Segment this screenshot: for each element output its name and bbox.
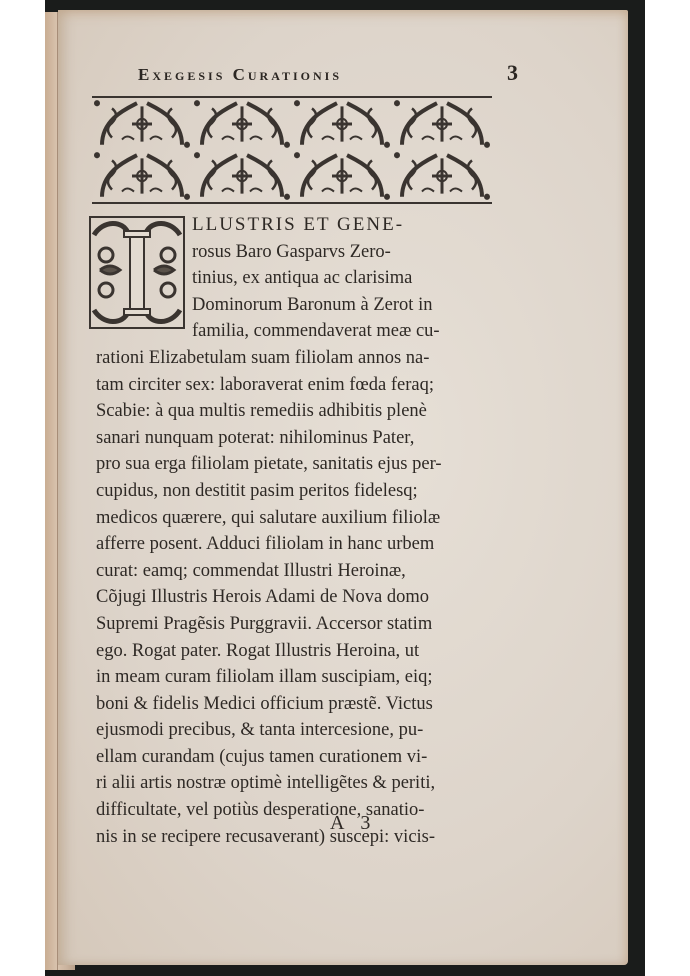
text-line: sanari nunquam poterat: nihilominus Pate… (96, 425, 496, 452)
running-title: Exegesis Curationis (138, 65, 342, 85)
text-line: difficultate, vel potiùs desperatione, s… (96, 797, 496, 824)
text-line: tam circiter sex: laboraverat enim fœda … (96, 372, 496, 399)
text-line: ellam curandam (cujus tamen curationem v… (96, 744, 496, 771)
page-number: 3 (507, 60, 518, 86)
page-header: Exegesis Curationis 3 (138, 60, 518, 90)
text-line: Scabie: à qua multis remediis adhibitis … (96, 398, 496, 425)
text-line: ego. Rogat pater. Rogat Illustris Heroin… (96, 638, 496, 665)
text-line: tinius, ex antiqua ac clarisima (96, 265, 496, 292)
text-line: familia, commendaverat meæ cu- (96, 318, 496, 345)
text-line: afferre posent. Adduci filiolam in hanc … (96, 531, 496, 558)
text-line: boni & fidelis Medici officium præstẽ. V… (96, 691, 496, 718)
headpiece-ornament-icon (92, 96, 492, 204)
text-line: rationi Elizabetulam suam filiolam annos… (96, 345, 496, 372)
text-line: pro sua erga filiolam pietate, sanitatis… (96, 451, 496, 478)
text-line: rosus Baro Gasparvs Zero- (96, 239, 496, 266)
text-line: Dominorum Baronum à Zerot in (96, 292, 496, 319)
text-line: cupidus, non destitit pasim peritos fide… (96, 478, 496, 505)
text-line: nis in se recipere recusaverant) suscepi… (96, 824, 496, 851)
text-line: ri alii artis nostræ optimè intelligẽtes… (96, 770, 496, 797)
text-line: in meam curam filiolam illam suscipiam, … (96, 664, 496, 691)
text-line: medicos quærere, qui salutare auxilium f… (96, 505, 496, 532)
text-line: ejusmodi precibus, & tanta intercesione,… (96, 717, 496, 744)
body-text: LLUSTRIS ET GENE- rosus Baro Gasparvs Ze… (96, 212, 496, 850)
text-line: curat: eamq; commendat Illustri Heroinæ, (96, 558, 496, 585)
text-line: Cõjugi Illustris Herois Adami de Nova do… (96, 584, 496, 611)
text-line: LLUSTRIS ET GENE- (96, 212, 496, 239)
text-line: Supremi Pragẽsis Purggravii. Accersor st… (96, 611, 496, 638)
signature-mark: A 3 (330, 812, 376, 835)
